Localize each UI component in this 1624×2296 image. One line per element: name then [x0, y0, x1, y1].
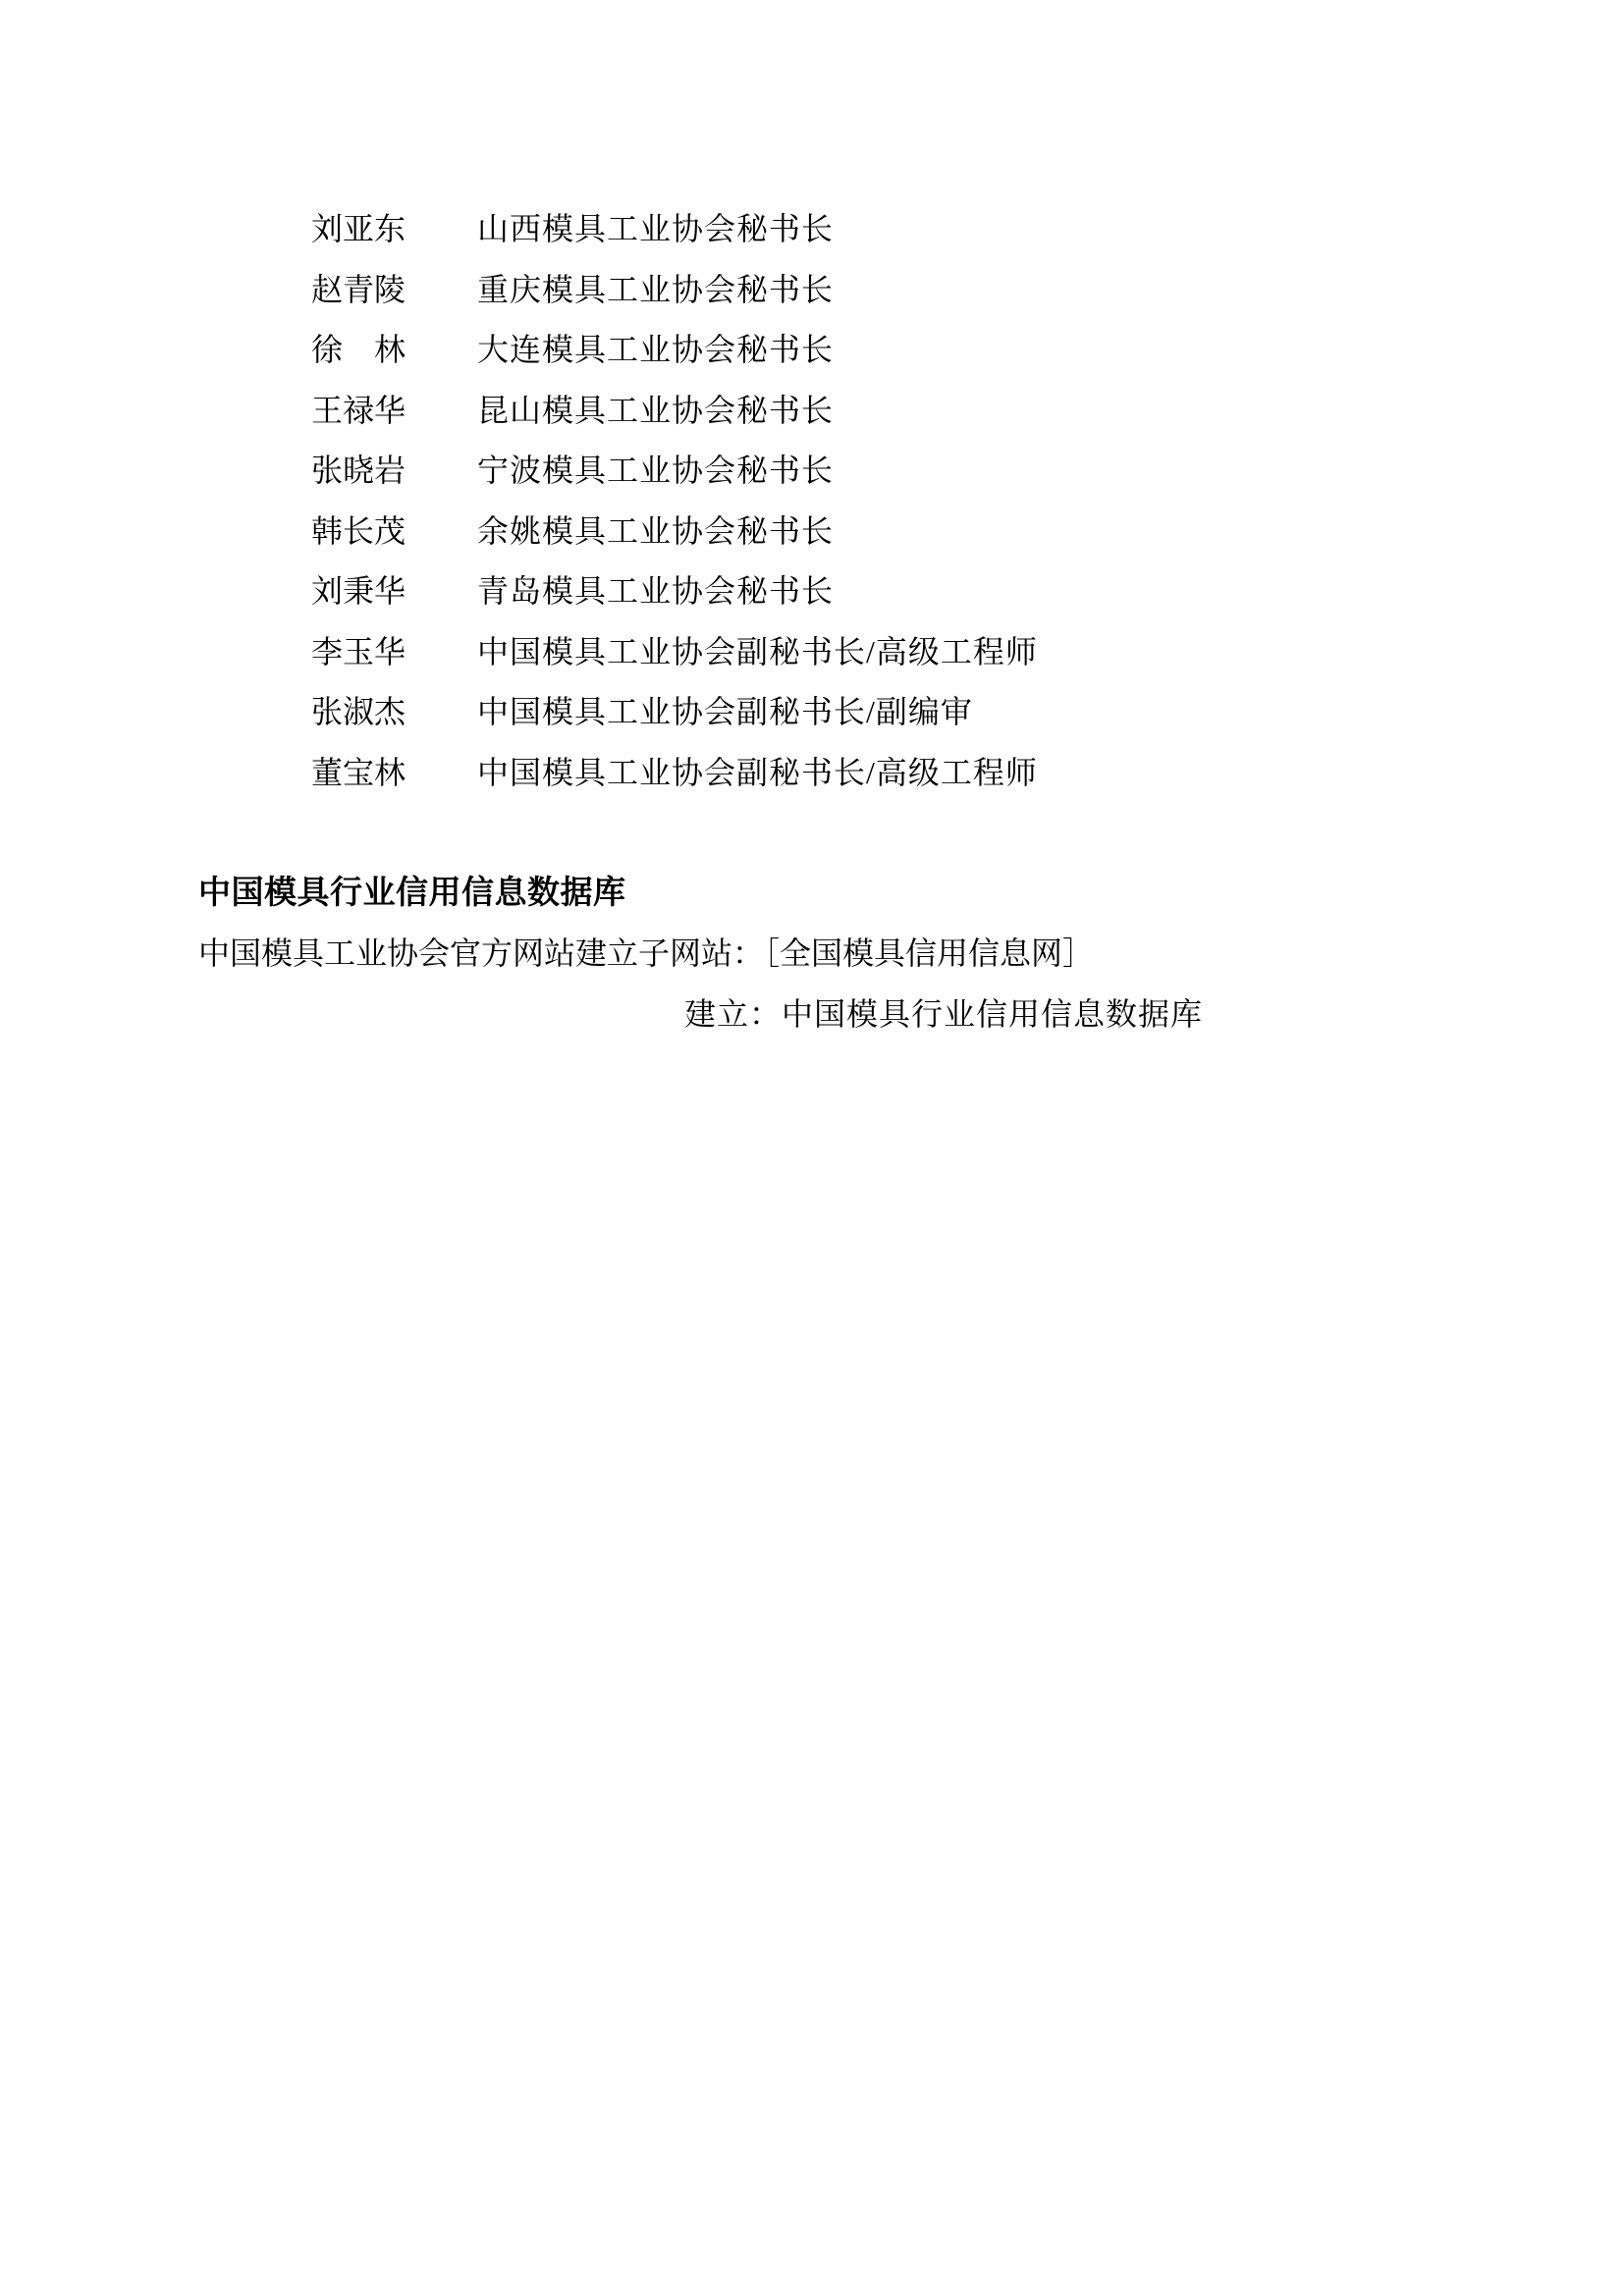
blank-line: [0, 803, 1624, 864]
section-heading: 中国模具行业信用信息数据库: [0, 864, 1624, 925]
roster-row: 张淑杰中国模具工业协会副秘书长/副编审: [0, 682, 1624, 743]
member-name: 徐 林: [311, 320, 477, 381]
member-title: 山西模具工业协会秘书长: [477, 199, 834, 260]
roster-row: 徐 林大连模具工业协会秘书长: [0, 320, 1624, 381]
member-title: 中国模具工业协会副秘书长/高级工程师: [477, 743, 1038, 804]
website-line: 中国模具工业协会官方网站建立子网站：［全国模具信用信息网］: [0, 924, 1624, 985]
roster-row: 张晓岩宁波模具工业协会秘书长: [0, 441, 1624, 502]
database-line: 建立：中国模具行业信用信息数据库: [0, 985, 1624, 1045]
member-name: 王禄华: [311, 381, 477, 442]
member-name: 张淑杰: [311, 682, 477, 743]
member-title: 大连模具工业协会秘书长: [477, 320, 834, 381]
member-name: 刘秉华: [311, 561, 477, 622]
member-name: 刘亚东: [311, 199, 477, 260]
member-name: 韩长茂: [311, 502, 477, 562]
member-title: 重庆模具工业协会秘书长: [477, 260, 834, 321]
roster-row: 韩长茂余姚模具工业协会秘书长: [0, 502, 1624, 562]
member-name: 赵青陵: [311, 260, 477, 321]
roster-row: 刘亚东山西模具工业协会秘书长: [0, 199, 1624, 260]
member-title: 余姚模具工业协会秘书长: [477, 502, 834, 562]
member-name: 李玉华: [311, 622, 477, 683]
roster-list: 刘亚东山西模具工业协会秘书长 赵青陵重庆模具工业协会秘书长 徐 林大连模具工业协…: [0, 199, 1624, 803]
member-title: 中国模具工业协会副秘书长/高级工程师: [477, 622, 1038, 683]
member-title: 昆山模具工业协会秘书长: [477, 381, 834, 442]
document-page: 刘亚东山西模具工业协会秘书长 赵青陵重庆模具工业协会秘书长 徐 林大连模具工业协…: [0, 0, 1624, 2296]
member-title: 青岛模具工业协会秘书长: [477, 561, 834, 622]
member-title: 中国模具工业协会副秘书长/副编审: [477, 682, 973, 743]
roster-row: 刘秉华青岛模具工业协会秘书长: [0, 561, 1624, 622]
member-name: 董宝林: [311, 743, 477, 804]
roster-row: 王禄华昆山模具工业协会秘书长: [0, 381, 1624, 442]
roster-row: 董宝林中国模具工业协会副秘书长/高级工程师: [0, 743, 1624, 804]
roster-row: 李玉华中国模具工业协会副秘书长/高级工程师: [0, 622, 1624, 683]
member-title: 宁波模具工业协会秘书长: [477, 441, 834, 502]
member-name: 张晓岩: [311, 441, 477, 502]
roster-row: 赵青陵重庆模具工业协会秘书长: [0, 260, 1624, 321]
page-content: 刘亚东山西模具工业协会秘书长 赵青陵重庆模具工业协会秘书长 徐 林大连模具工业协…: [0, 199, 1624, 1044]
